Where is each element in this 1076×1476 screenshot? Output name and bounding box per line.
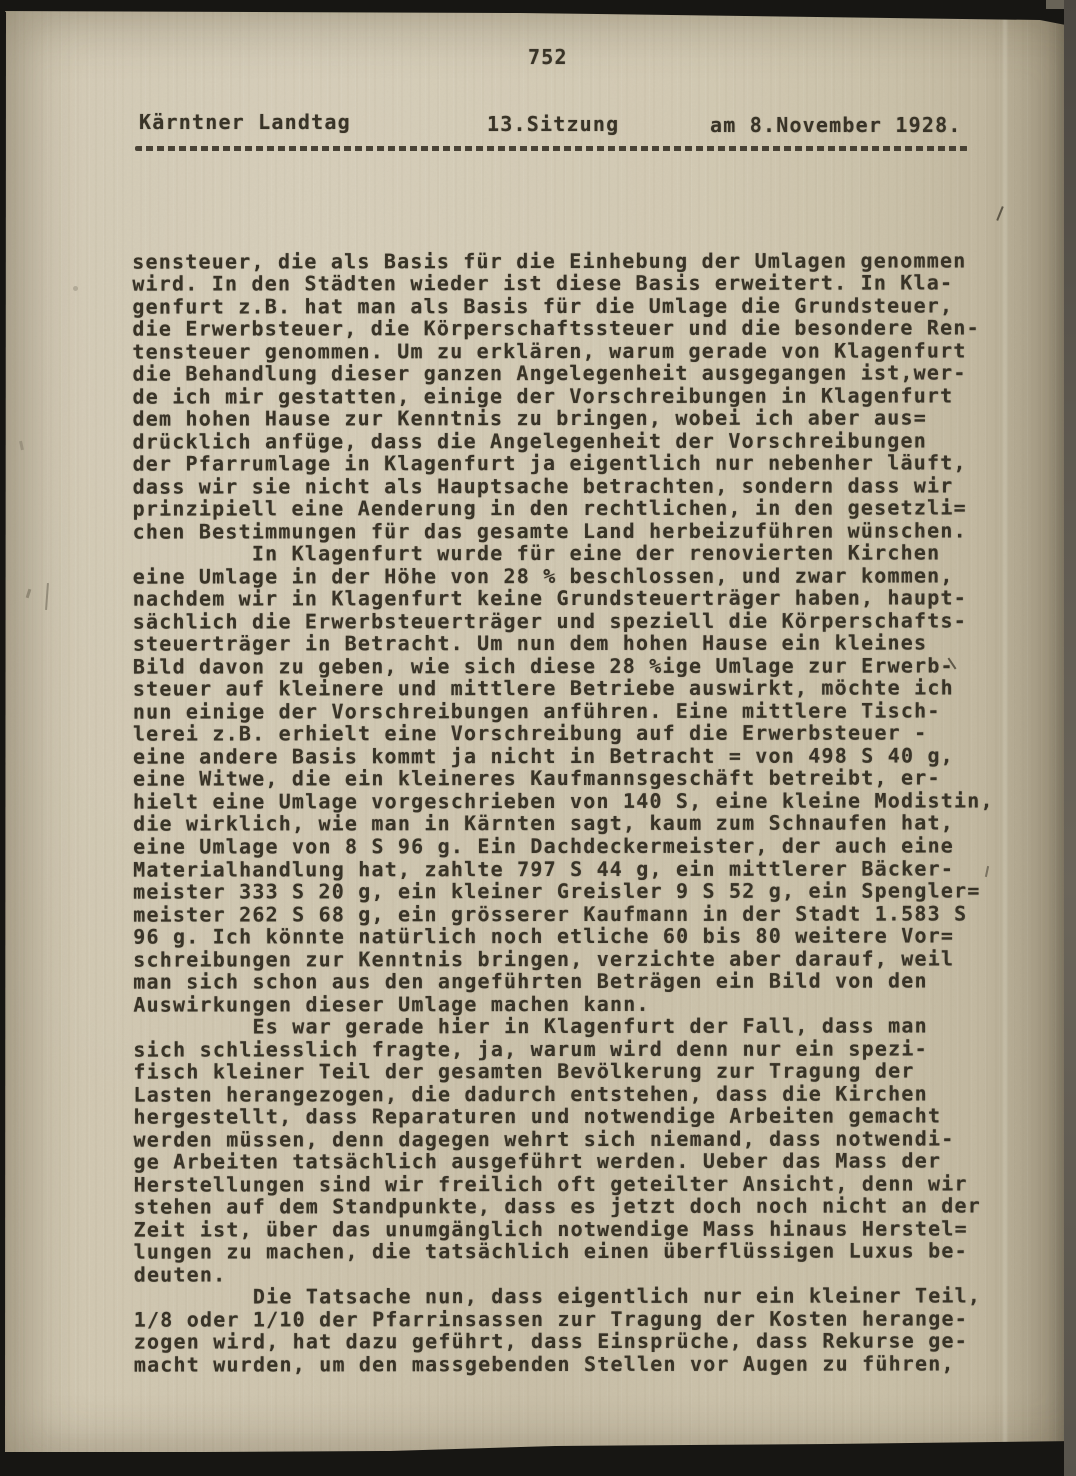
body-line: Auswirkungen dieser Umlage machen kann. — [133, 992, 1013, 1016]
header-institution: Kärntner Landtag — [139, 110, 351, 134]
body-line: Lasten herangezogen, die dadurch entsteh… — [133, 1082, 1013, 1106]
body-line: hielt eine Umlage vorgeschrieben von 140… — [133, 789, 1013, 813]
body-line: steuerträger in Betracht. Um nun dem hoh… — [133, 632, 1013, 656]
body-line: man sich schon aus den angeführten Beträ… — [133, 969, 1013, 993]
body-line: eine Umlage in der Höhe von 28 % beschlo… — [133, 564, 1013, 588]
body-line: deuten. — [134, 1262, 1014, 1286]
body-line: fisch kleiner Teil der gesamten Bevölker… — [133, 1060, 1013, 1084]
body-line: eine andere Basis kommt ja nicht in Betr… — [133, 744, 1013, 768]
body-line: der Pfarrumlage in Klagenfurt ja eigentl… — [133, 452, 1013, 476]
body-line: lerei z.B. erhielt eine Vorschreibung au… — [133, 722, 1013, 746]
body-line: die Behandlung dieser ganzen Angelegenhe… — [132, 362, 1012, 386]
body-line: steuer auf kleinere und mittlere Betrieb… — [133, 677, 1013, 701]
body-line: die wirklich, wie man in Kärnten sagt, k… — [133, 812, 1013, 836]
page-number: 752 — [528, 45, 568, 69]
body-line: Herstellungen sind wir freilich oft gete… — [134, 1172, 1014, 1196]
body-line: Materialhandlung hat, zahlte 797 S 44 g,… — [133, 857, 1013, 881]
header-session: 13.Sitzung — [487, 112, 619, 136]
scan-edge-right — [1064, 0, 1076, 1476]
body-line: dass wir sie nicht als Hauptsache betrac… — [133, 474, 1013, 498]
body-line: chen Bestimmungen für das gesamte Land h… — [133, 519, 1013, 543]
body-line: sensteuer, die als Basis für die Einhebu… — [132, 249, 1012, 273]
body-line: nachdem wir in Klagenfurt keine Grundste… — [133, 587, 1013, 611]
body-line: zogen wird, hat dazu geführt, dass Einsp… — [134, 1330, 1014, 1354]
body-line: meister 262 S 68 g, ein grösserer Kaufma… — [133, 902, 1013, 926]
body-line: In Klagenfurt wurde für eine der renovie… — [133, 542, 1013, 566]
header-date: am 8.November 1928. — [710, 113, 962, 137]
body-line: prinzipiell eine Aenderung in den rechtl… — [133, 497, 1013, 521]
scan-edge-left — [0, 9, 6, 1476]
body-line: genfurt z.B. hat man als Basis für die U… — [132, 294, 1012, 318]
body-line: Es war gerade hier in Klagenfurt der Fal… — [133, 1015, 1013, 1039]
body-line: eine Witwe, die ein kleineres Kaufmannsg… — [133, 767, 1013, 791]
body-line: macht wurden, um den massgebenden Stelle… — [134, 1352, 1014, 1376]
body-line: nun einige der Vorschreibungen anführen.… — [133, 699, 1013, 723]
body-line: Die Tatsache nun, dass eigentlich nur ei… — [134, 1285, 1014, 1309]
body-line: Bild davon zu geben, wie sich diese 28 %… — [133, 654, 1013, 678]
scanned-page: 752 Kärntner Landtag 13.Sitzung am 8.Nov… — [0, 0, 1076, 1476]
body-line: 96 g. Ich könnte natürlich noch etliche … — [133, 924, 1013, 948]
body-line: drücklich anfüge, dass die Angelegenheit… — [133, 429, 1013, 453]
body-text: sensteuer, die als Basis für die Einhebu… — [132, 181, 1014, 1376]
artifact-dot — [73, 286, 78, 291]
body-line: schreibungen zur Kenntnis bringen, verzi… — [133, 947, 1013, 971]
body-line: hergestellt, dass Reparaturen und notwen… — [133, 1105, 1013, 1129]
body-line: werden müssen, denn dagegen wehrt sich n… — [133, 1127, 1013, 1151]
body-line: stehen auf dem Standpunkte, dass es jetz… — [134, 1195, 1014, 1219]
body-line: ge Arbeiten tatsächlich ausgeführt werde… — [134, 1150, 1014, 1174]
body-line: meister 333 S 20 g, ein kleiner Greisler… — [133, 879, 1013, 903]
body-line: Zeit ist, über das unumgänglich notwendi… — [134, 1217, 1014, 1241]
body-line: sich schliesslich fragte, ja, warum wird… — [133, 1037, 1013, 1061]
body-line: de ich mir gestatten, einige der Vorschr… — [132, 384, 1012, 408]
body-line: tensteuer genommen. Um zu erklären, waru… — [132, 339, 1012, 363]
body-line: die Erwerbsteuer, die Körperschaftssteue… — [132, 317, 1012, 341]
body-line: wird. In den Städten wieder ist diese Ba… — [132, 271, 1012, 295]
body-line: lungen zu machen, die tatsächlich einen … — [134, 1240, 1014, 1264]
artifact-dot — [883, 1231, 887, 1235]
header-dashed-rule — [135, 146, 968, 151]
body-line: 1/8 oder 1/10 der Pfarrinsassen zur Trag… — [134, 1307, 1014, 1331]
body-line: dem hohen Hause zur Kenntnis zu bringen,… — [132, 407, 1012, 431]
body-line: eine Umlage von 8 S 96 g. Ein Dachdecker… — [133, 834, 1013, 858]
body-line: sächlich die Erwerbsteuerträger und spez… — [133, 609, 1013, 633]
